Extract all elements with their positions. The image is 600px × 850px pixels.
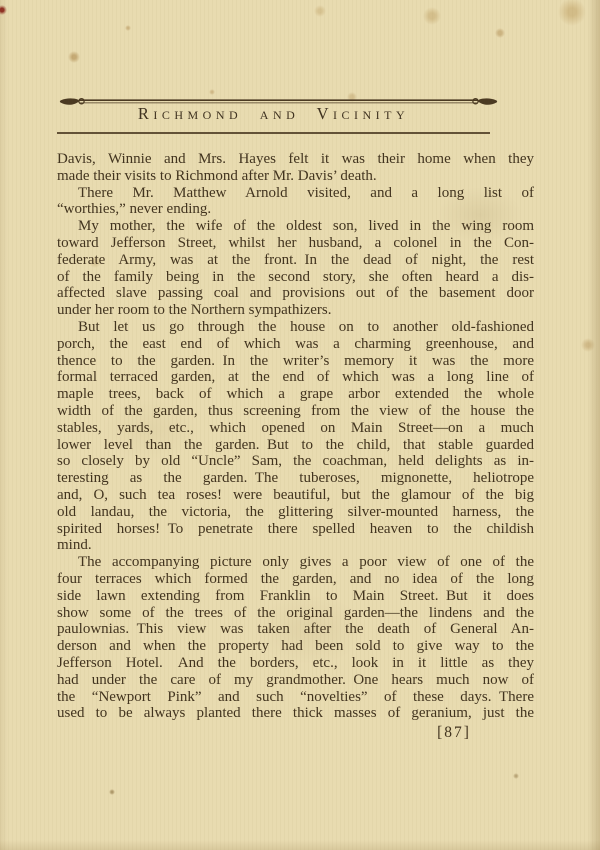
text-line: toward Jefferson Street, whilst her husb…	[57, 235, 534, 252]
text-line: and, O, such tea roses! were beautiful, …	[57, 487, 534, 504]
text-line: The accompanying picture only gives a po…	[57, 554, 534, 571]
text-line: But let us go through the house on to an…	[57, 319, 534, 336]
scroll-ornament-left	[60, 98, 84, 104]
text-line: spirited horses! To penetrate there spel…	[57, 521, 534, 538]
body-text: Davis, Winnie and Mrs. Hayes felt it was…	[57, 151, 534, 722]
text-line: stables, yards, etc., which opened on Ma…	[57, 420, 534, 437]
text-line: “worthies,” never ending.	[57, 201, 534, 218]
book-page-scan: Richmond and Vicinity Davis, Winnie and …	[0, 0, 600, 850]
text-line: My mother, the wife of the oldest son, l…	[57, 218, 534, 235]
text-line: the “Newport Pink” and such “novelties” …	[57, 689, 534, 706]
text-line: show some of the trees of the original g…	[57, 605, 534, 622]
text-line: maple trees, back of which a grape arbor…	[57, 386, 534, 403]
text-line: derson and when the property had been so…	[57, 638, 534, 655]
text-line: used to be always planted there thick ma…	[57, 705, 534, 722]
page-number: [87]	[428, 724, 480, 742]
text-line: affected slave passing coal and provisio…	[57, 285, 534, 302]
text-line: of the family being in the second story,…	[57, 269, 534, 286]
text-line: paulownias. This view was taken after th…	[57, 621, 534, 638]
text-line: under her room to the Northern sympathiz…	[57, 302, 534, 319]
text-line: teresting as the garden. The tuberoses, …	[57, 470, 534, 487]
text-line: four terraces which formed the garden, a…	[57, 571, 534, 588]
text-line: so closely by old “Uncle” Sam, the coach…	[57, 453, 534, 470]
scroll-ornament-right	[473, 98, 497, 104]
text-line: width of the garden, thus screening from…	[57, 403, 534, 420]
text-line: There Mr. Matthew Arnold visited, and a …	[57, 185, 534, 202]
text-line: had under the care of my grandmother. On…	[57, 672, 534, 689]
title-rule	[57, 132, 490, 134]
running-title: Richmond and Vicinity	[57, 105, 490, 123]
text-line: made their visits to Richmond after Mr. …	[57, 168, 534, 185]
text-line: old landau, the victoria, the glittering…	[57, 504, 534, 521]
text-line: side lawn extending from Franklin to Mai…	[57, 588, 534, 605]
text-line: Davis, Winnie and Mrs. Hayes felt it was…	[57, 151, 534, 168]
text-line: thence to the garden. In the writer’s me…	[57, 353, 534, 370]
text-line: federate Army, was at the front. In the …	[57, 252, 534, 269]
text-line: lower level than the garden. But to the …	[57, 437, 534, 454]
text-line: porch, the east end of which was a charm…	[57, 336, 534, 353]
text-line: Jefferson Hotel. And the borders, etc., …	[57, 655, 534, 672]
text-line: formal terraced garden, at the end of wh…	[57, 369, 534, 386]
page-header: Richmond and Vicinity	[57, 94, 500, 138]
text-line: mind.	[57, 537, 534, 554]
